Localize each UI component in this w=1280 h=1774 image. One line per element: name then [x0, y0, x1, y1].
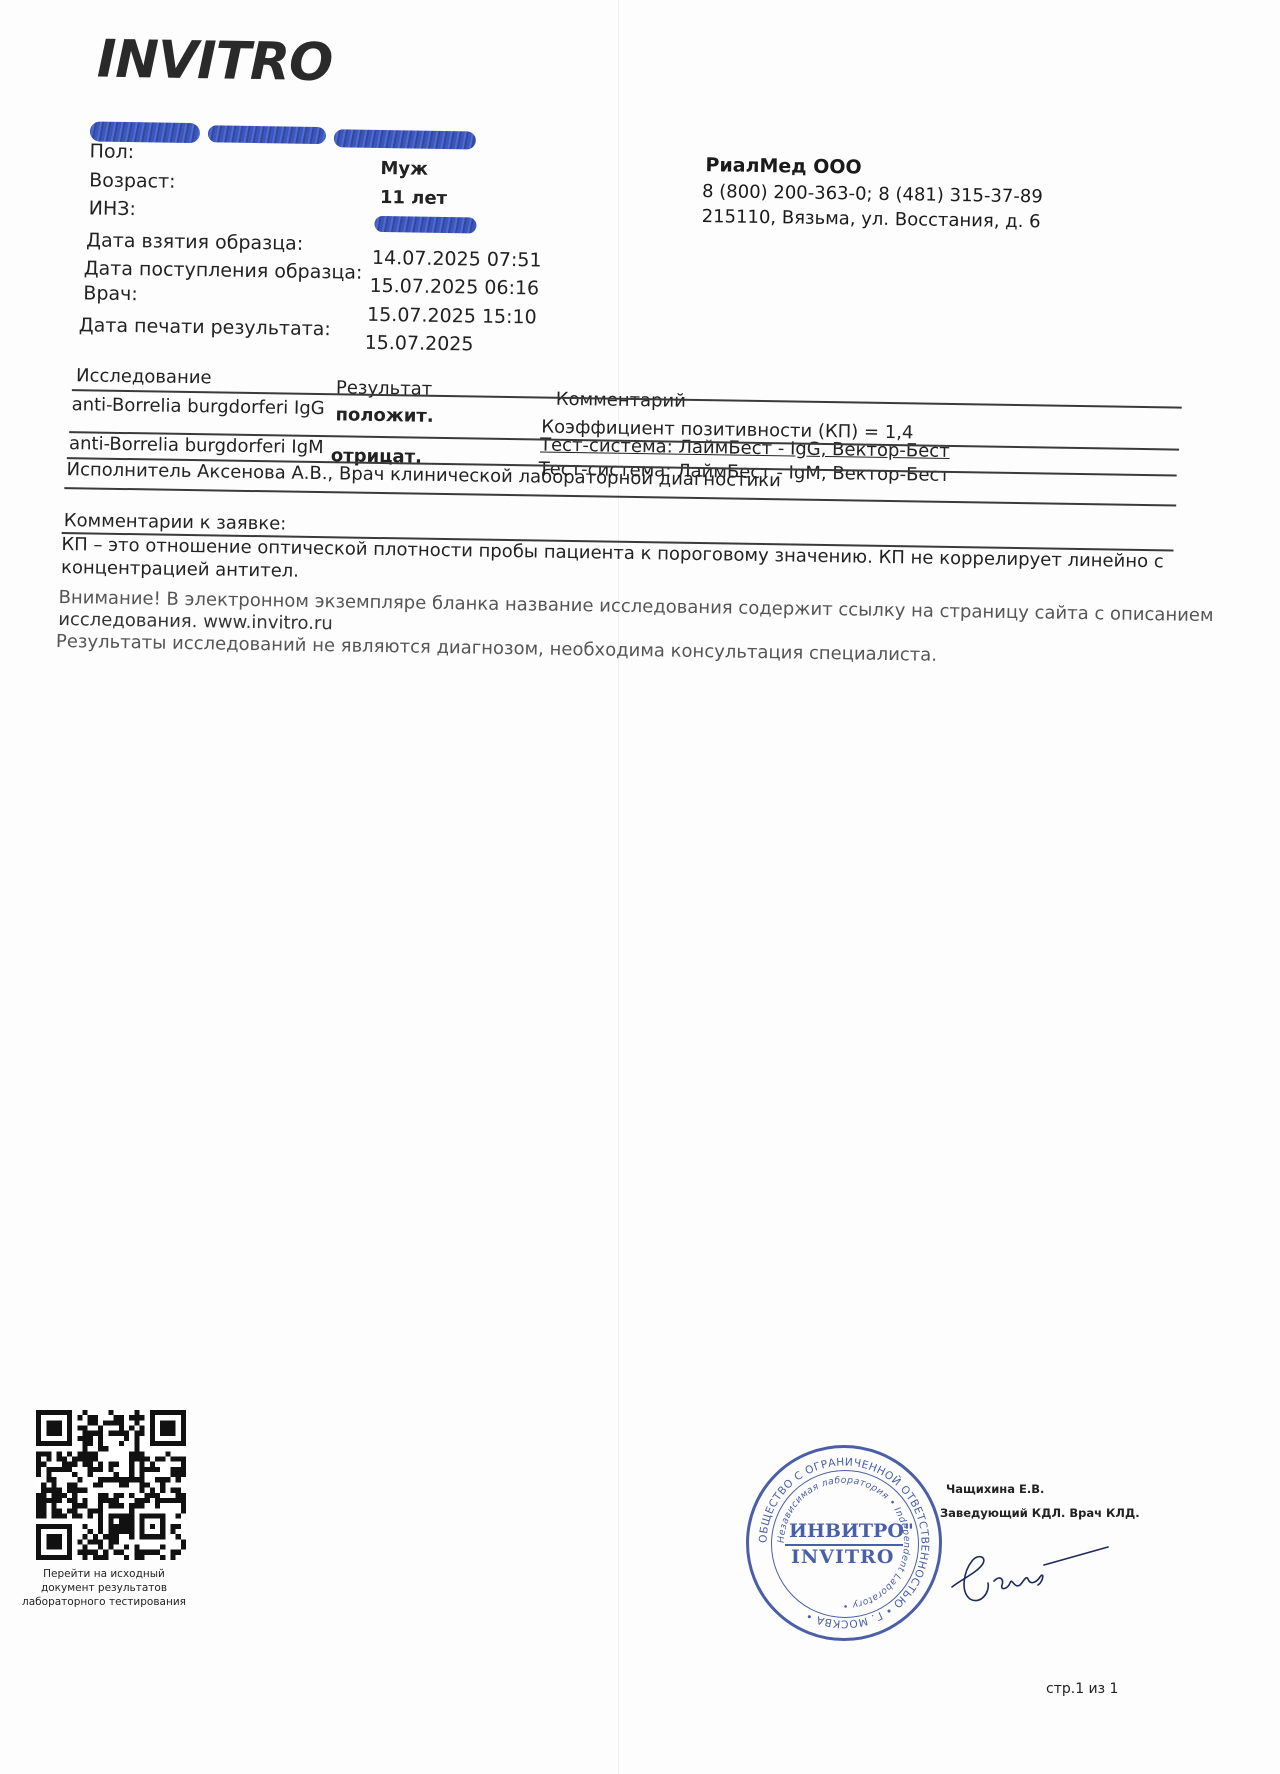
field-value-inz-redacted: [redacted] — [374, 214, 478, 234]
lab-phones: 8 (800) 200-363-0; 8 (481) 315-37-89 — [702, 181, 1043, 207]
field-label-sample-date: Дата взятия образца: — [86, 229, 303, 254]
lab-address: 215110, Вязьма, ул. Восстания, д. 6 — [702, 206, 1041, 232]
patient-name-redacted: [redacted] — [90, 119, 480, 149]
field-value-doctor: 15.07.2025 15:10 — [367, 304, 537, 329]
invitro-logo: INVITRO — [97, 30, 333, 94]
signer-name: Чащихина Е.В. — [946, 1482, 1044, 1496]
field-value-print-date: 15.07.2025 — [364, 332, 473, 356]
field-label-print-date: Дата печати результата: — [79, 314, 331, 340]
field-value-sample-date: 14.07.2025 07:51 — [372, 247, 542, 272]
performer-divider — [64, 487, 1176, 506]
column-header-result: Результат — [336, 377, 433, 400]
test-name: anti-Borrelia burgdorferi IgG — [71, 394, 324, 419]
field-value-receipt-date: 15.07.2025 06:16 — [369, 275, 539, 300]
qr-code-icon[interactable] — [36, 1410, 186, 1560]
column-header-comment: Комментарий — [556, 389, 686, 412]
lab-result-document: INVITRO [redacted] Пол: Муж Возраст: 11 … — [0, 0, 1280, 1774]
field-value-age: 11 лет — [380, 187, 447, 209]
laboratory-stamp: ОБЩЕСТВО С ОГРАНИЧЕННОЙ ОТВЕТСТВЕННОСТЬЮ… — [746, 1445, 942, 1641]
page-number: стр.1 из 1 — [1046, 1681, 1118, 1697]
field-value-sex: Муж — [380, 158, 428, 180]
signature-icon — [948, 1535, 1128, 1615]
table-row: anti-Borrelia burgdorferi IgG положит. К… — [0, 0, 1280, 20]
signer-title: Заведующий КДЛ. Врач КЛД. — [940, 1506, 1140, 1520]
test-result-positive: положит. — [335, 404, 433, 427]
test-name: anti-Borrelia burgdorferi IgM — [69, 433, 324, 458]
field-label-doctor: Врач: — [83, 282, 138, 305]
comments-line: концентрацией антител. — [61, 557, 299, 582]
field-label-age: Возраст: — [89, 169, 176, 192]
field-label-inz: ИНЗ: — [89, 197, 136, 220]
attention-notice-line: исследования. www.invitro.ru — [58, 609, 333, 634]
stamp-title-en: INVITRO — [791, 1546, 894, 1568]
column-header-test: Исследование — [76, 365, 212, 388]
lab-name: РиалМед ООО — [705, 154, 862, 178]
stamp-title-ru: ИНВИТРО" — [789, 1520, 914, 1542]
field-label-sex: Пол: — [89, 140, 134, 163]
document-body: INVITRO [redacted] Пол: Муж Возраст: 11 … — [0, 0, 1280, 780]
qr-caption: Перейти на исходный документ результатов… — [14, 1567, 194, 1609]
disclaimer-notice: Результаты исследований не являются диаг… — [56, 631, 937, 666]
comments-heading: Комментарии к заявке: — [64, 510, 287, 534]
field-label-receipt-date: Дата поступления образца: — [84, 257, 363, 283]
table-row: anti-Borrelia burgdorferi IgM отрицат. Т… — [0, 0, 1280, 20]
